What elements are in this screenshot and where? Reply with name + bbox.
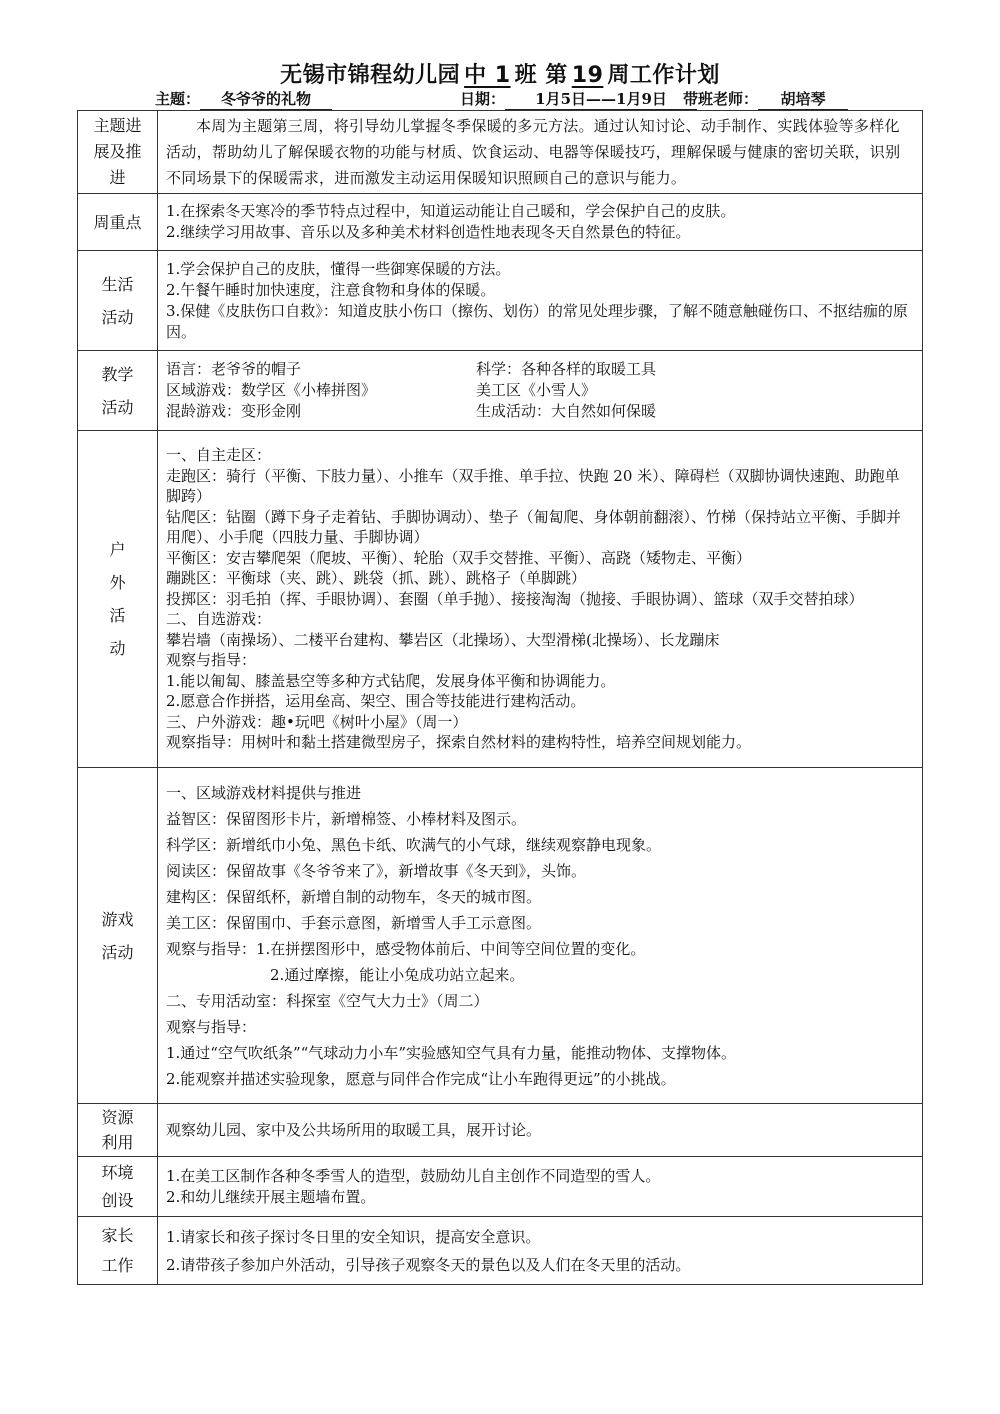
label-line: 游戏 bbox=[79, 903, 156, 936]
list-item: 建构区：保留纸杯，新增自制的动物车，冬天的城市图。 bbox=[166, 884, 914, 910]
label-line: 环境 bbox=[79, 1159, 156, 1187]
section-heading: 三、户外游戏：趣•玩吧《树叶小屋》（周一） bbox=[166, 712, 914, 733]
row-content: 一、自主走区： 走跑区：骑行（平衡、下肢力量）、小推车（双手推、单手拉、快跑 2… bbox=[158, 431, 923, 768]
label-line: 活动 bbox=[79, 391, 156, 424]
page-title: 无锡市锦程幼儿园中 1班 第19周工作计划 bbox=[0, 58, 1000, 89]
label-line: 活 bbox=[79, 599, 156, 632]
row-teaching: 教学 活动 语言：老爷爷的帽子科学：各种各样的取暖工具 区域游戏：数学区《小棒拼… bbox=[78, 351, 923, 431]
class-label: 班 bbox=[515, 63, 538, 88]
list-item: 蹦跳区：平衡球（夹、跳）、跳袋（抓、跳）、跳格子（单脚跳） bbox=[166, 568, 914, 589]
school-name: 无锡市锦程幼儿园 bbox=[280, 63, 460, 88]
list-item: 3.保健《皮肤伤口自救》：知道皮肤小伤口（擦伤、划伤）的常见处理步骤，了解不随意… bbox=[166, 301, 914, 343]
list-item: 平衡区：安吉攀爬架（爬坡、平衡）、轮胎（双手交替推、平衡）、高跷（矮物走、平衡） bbox=[166, 548, 914, 569]
row-content: 本周为主题第三周，将引导幼儿掌握冬季保暖的多元方法。通过认知讨论、动手制作、实践… bbox=[158, 111, 923, 194]
week-suffix: 周工作计划 bbox=[607, 63, 720, 88]
date-label: 日期： bbox=[460, 90, 505, 108]
teacher-label: 带班老师： bbox=[683, 90, 758, 108]
row-label: 教学 活动 bbox=[78, 351, 158, 431]
row-label: 生活 活动 bbox=[78, 251, 158, 351]
row-content: 语言：老爷爷的帽子科学：各种各样的取暖工具 区域游戏：数学区《小棒拼图》美工区《… bbox=[158, 351, 923, 431]
label-line: 主题进 bbox=[79, 113, 156, 139]
theme-value: 冬爷爷的礼物 bbox=[200, 88, 332, 110]
activity-pair: 区域游戏：数学区《小棒拼图》美工区《小雪人》 bbox=[166, 380, 914, 401]
plan-meta: 主题：冬爷爷的礼物 日期：1月5日——1月9日 带班老师：胡培琴 bbox=[155, 88, 915, 108]
row-content: 1.学会保护自己的皮肤，懂得一些御寒保暖的方法。 2.午餐午睡时加快速度，注意食… bbox=[158, 251, 923, 351]
label-line: 生活 bbox=[79, 268, 156, 301]
list-item: 科学区：新增纸巾小兔、黑色卡纸、吹满气的小气球，继续观察静电现象。 bbox=[166, 832, 914, 858]
row-label: 主题进 展及推 进 bbox=[78, 111, 158, 194]
list-item: 1.能以匍匐、膝盖悬空等多种方式钻爬，发展身体平衡和协调能力。 bbox=[166, 671, 914, 692]
list-item: 走跑区：骑行（平衡、下肢力量）、小推车（双手推、单手拉、快跑 20 米）、障碍栏… bbox=[166, 466, 914, 507]
list-item: 1.学会保护自己的皮肤，懂得一些御寒保暖的方法。 bbox=[166, 259, 914, 280]
date-value: 1月5日——1月9日 bbox=[505, 88, 697, 110]
activity-item: 生成活动：大自然如何保暖 bbox=[476, 401, 656, 422]
paragraph: 本周为主题第三周，将引导幼儿掌握冬季保暖的多元方法。通过认知讨论、动手制作、实践… bbox=[166, 113, 914, 191]
label-line: 家长 bbox=[79, 1221, 156, 1251]
list-item: 1.在探索冬天寒冷的季节特点过程中，知道运动能让自己暖和，学会保护自己的皮肤。 bbox=[166, 201, 914, 222]
list-item: 观察与指导：1.在拼摆图形中，感受物体前后、中间等空间位置的变化。 bbox=[166, 936, 914, 962]
row-content: 一、区域游戏材料提供与推进 益智区：保留图形卡片，新增棉签、小棒材料及图示。 科… bbox=[158, 768, 923, 1104]
activity-pair: 语言：老爷爷的帽子科学：各种各样的取暖工具 bbox=[166, 359, 914, 380]
list-item: 2.通过摩擦，能让小兔成功站立起来。 bbox=[166, 962, 914, 988]
list-item: 2.请带孩子参加户外活动，引导孩子观察冬天的景色以及人们在冬天里的活动。 bbox=[166, 1251, 914, 1279]
list-item: 投掷区：羽毛拍（挥、手眼协调）、套圈（单手抛）、接接淘淘（抛接、手眼协调）、篮球… bbox=[166, 589, 914, 610]
section-heading: 一、自主走区： bbox=[166, 445, 914, 466]
list-item: 2.继续学习用故事、音乐以及多种美术材料创造性地表现冬天自然景色的特征。 bbox=[166, 222, 914, 243]
label-line: 创设 bbox=[79, 1187, 156, 1215]
list-item: 1.请家长和孩子探讨冬日里的安全知识，提高安全意识。 bbox=[166, 1223, 914, 1251]
row-content: 1.在探索冬天寒冷的季节特点过程中，知道运动能让自己暖和，学会保护自己的皮肤。 … bbox=[158, 194, 923, 251]
activity-item: 美工区《小雪人》 bbox=[476, 380, 596, 401]
row-games: 游戏 活动 一、区域游戏材料提供与推进 益智区：保留图形卡片，新增棉签、小棒材料… bbox=[78, 768, 923, 1104]
list-item: 攀岩墙（南操场）、二楼平台建构、攀岩区（北操场）、大型滑梯(北操场）、长龙蹦床 bbox=[166, 630, 914, 651]
theme-field: 主题：冬爷爷的礼物 bbox=[155, 88, 332, 110]
section-heading: 观察与指导： bbox=[166, 650, 914, 671]
label-line: 进 bbox=[79, 165, 156, 191]
row-parents: 家长 工作 1.请家长和孩子探讨冬日里的安全知识，提高安全意识。 2.请带孩子参… bbox=[78, 1217, 923, 1285]
row-content: 1.请家长和孩子探讨冬日里的安全知识，提高安全意识。 2.请带孩子参加户外活动，… bbox=[158, 1217, 923, 1285]
theme-label: 主题： bbox=[155, 90, 200, 108]
date-field: 日期：1月5日——1月9日 bbox=[460, 88, 697, 110]
row-label: 资源 利用 bbox=[78, 1104, 158, 1157]
list-item: 观察幼儿园、家中及公共场所用的取暖工具，展开讨论。 bbox=[166, 1120, 914, 1141]
section-heading: 二、自选游戏： bbox=[166, 609, 914, 630]
class-value: 中 1 bbox=[460, 58, 514, 89]
row-content: 观察幼儿园、家中及公共场所用的取暖工具，展开讨论。 bbox=[158, 1104, 923, 1157]
list-item: 2.和幼儿继续开展主题墙布置。 bbox=[166, 1187, 914, 1208]
label-line: 活动 bbox=[79, 936, 156, 969]
list-item: 益智区：保留图形卡片，新增棉签、小棒材料及图示。 bbox=[166, 806, 914, 832]
list-item: 1.在美工区制作各种冬季雪人的造型，鼓励幼儿自主创作不同造型的雪人。 bbox=[166, 1166, 914, 1187]
list-item: 美工区：保留围巾、手套示意图，新增雪人手工示意图。 bbox=[166, 910, 914, 936]
label-line: 资源 bbox=[79, 1105, 156, 1130]
label-line: 工作 bbox=[79, 1251, 156, 1281]
activity-pair: 混龄游戏：变形金刚生成活动：大自然如何保暖 bbox=[166, 401, 914, 422]
teacher-value: 胡培琴 bbox=[758, 88, 848, 110]
row-resources: 资源 利用 观察幼儿园、家中及公共场所用的取暖工具，展开讨论。 bbox=[78, 1104, 923, 1157]
activity-item: 语言：老爷爷的帽子 bbox=[166, 359, 476, 380]
list-item: 2.午餐午睡时加快速度，注意食物和身体的保暖。 bbox=[166, 280, 914, 301]
row-theme-progress: 主题进 展及推 进 本周为主题第三周，将引导幼儿掌握冬季保暖的多元方法。通过认知… bbox=[78, 111, 923, 194]
list-item: 阅读区：保留故事《冬爷爷来了》，新增故事《冬天到》，头饰。 bbox=[166, 858, 914, 884]
activity-item: 区域游戏：数学区《小棒拼图》 bbox=[166, 380, 476, 401]
label-line: 教学 bbox=[79, 358, 156, 391]
week-prefix: 第 bbox=[545, 63, 568, 88]
label-line: 活动 bbox=[79, 301, 156, 334]
label-line: 动 bbox=[79, 632, 156, 665]
row-label: 家长 工作 bbox=[78, 1217, 158, 1285]
list-item: 2.愿意合作拼搭，运用垒高、架空、围合等技能进行建构活动。 bbox=[166, 691, 914, 712]
list-item: 钻爬区：钻圈（蹲下身子走着钻、手脚协调动）、垫子（匍匐爬、身体朝前翻滚）、竹梯（… bbox=[166, 507, 914, 548]
list-item: 观察与指导： bbox=[166, 1014, 914, 1040]
label-line: 周重点 bbox=[79, 206, 156, 239]
label-line: 展及推 bbox=[79, 139, 156, 165]
section-heading: 二、专用活动室：科探室《空气大力士》（周二） bbox=[166, 988, 914, 1014]
row-outdoor: 户 外 活 动 一、自主走区： 走跑区：骑行（平衡、下肢力量）、小推车（双手推、… bbox=[78, 431, 923, 768]
row-weekly-focus: 周重点 1.在探索冬天寒冷的季节特点过程中，知道运动能让自己暖和，学会保护自己的… bbox=[78, 194, 923, 251]
activity-item: 科学：各种各样的取暖工具 bbox=[476, 359, 656, 380]
row-environment: 环境 创设 1.在美工区制作各种冬季雪人的造型，鼓励幼儿自主创作不同造型的雪人。… bbox=[78, 1157, 923, 1217]
week-value: 19 bbox=[568, 63, 608, 88]
row-label: 环境 创设 bbox=[78, 1157, 158, 1217]
label-line: 户 bbox=[79, 533, 156, 566]
list-item: 1.通过“空气吹纸条”“气球动力小车”实验感知空气具有力量，能推动物体、支撑物体… bbox=[166, 1040, 914, 1066]
row-label: 周重点 bbox=[78, 194, 158, 251]
activity-item: 混龄游戏：变形金刚 bbox=[166, 401, 476, 422]
row-label: 游戏 活动 bbox=[78, 768, 158, 1104]
teacher-field: 带班老师：胡培琴 bbox=[683, 88, 848, 110]
list-item: 观察指导：用树叶和黏土搭建微型房子，探索自然材料的建构特性，培养空间规划能力。 bbox=[166, 732, 914, 753]
row-content: 1.在美工区制作各种冬季雪人的造型，鼓励幼儿自主创作不同造型的雪人。 2.和幼儿… bbox=[158, 1157, 923, 1217]
row-label: 户 外 活 动 bbox=[78, 431, 158, 768]
list-item: 2.能观察并描述实验现象，愿意与同伴合作完成“让小车跑得更远”的小挑战。 bbox=[166, 1066, 914, 1092]
weekly-plan-table: 主题进 展及推 进 本周为主题第三周，将引导幼儿掌握冬季保暖的多元方法。通过认知… bbox=[77, 110, 923, 1285]
label-line: 利用 bbox=[79, 1130, 156, 1155]
section-heading: 一、区域游戏材料提供与推进 bbox=[166, 780, 914, 806]
label-line: 外 bbox=[79, 566, 156, 599]
row-daily-life: 生活 活动 1.学会保护自己的皮肤，懂得一些御寒保暖的方法。 2.午餐午睡时加快… bbox=[78, 251, 923, 351]
